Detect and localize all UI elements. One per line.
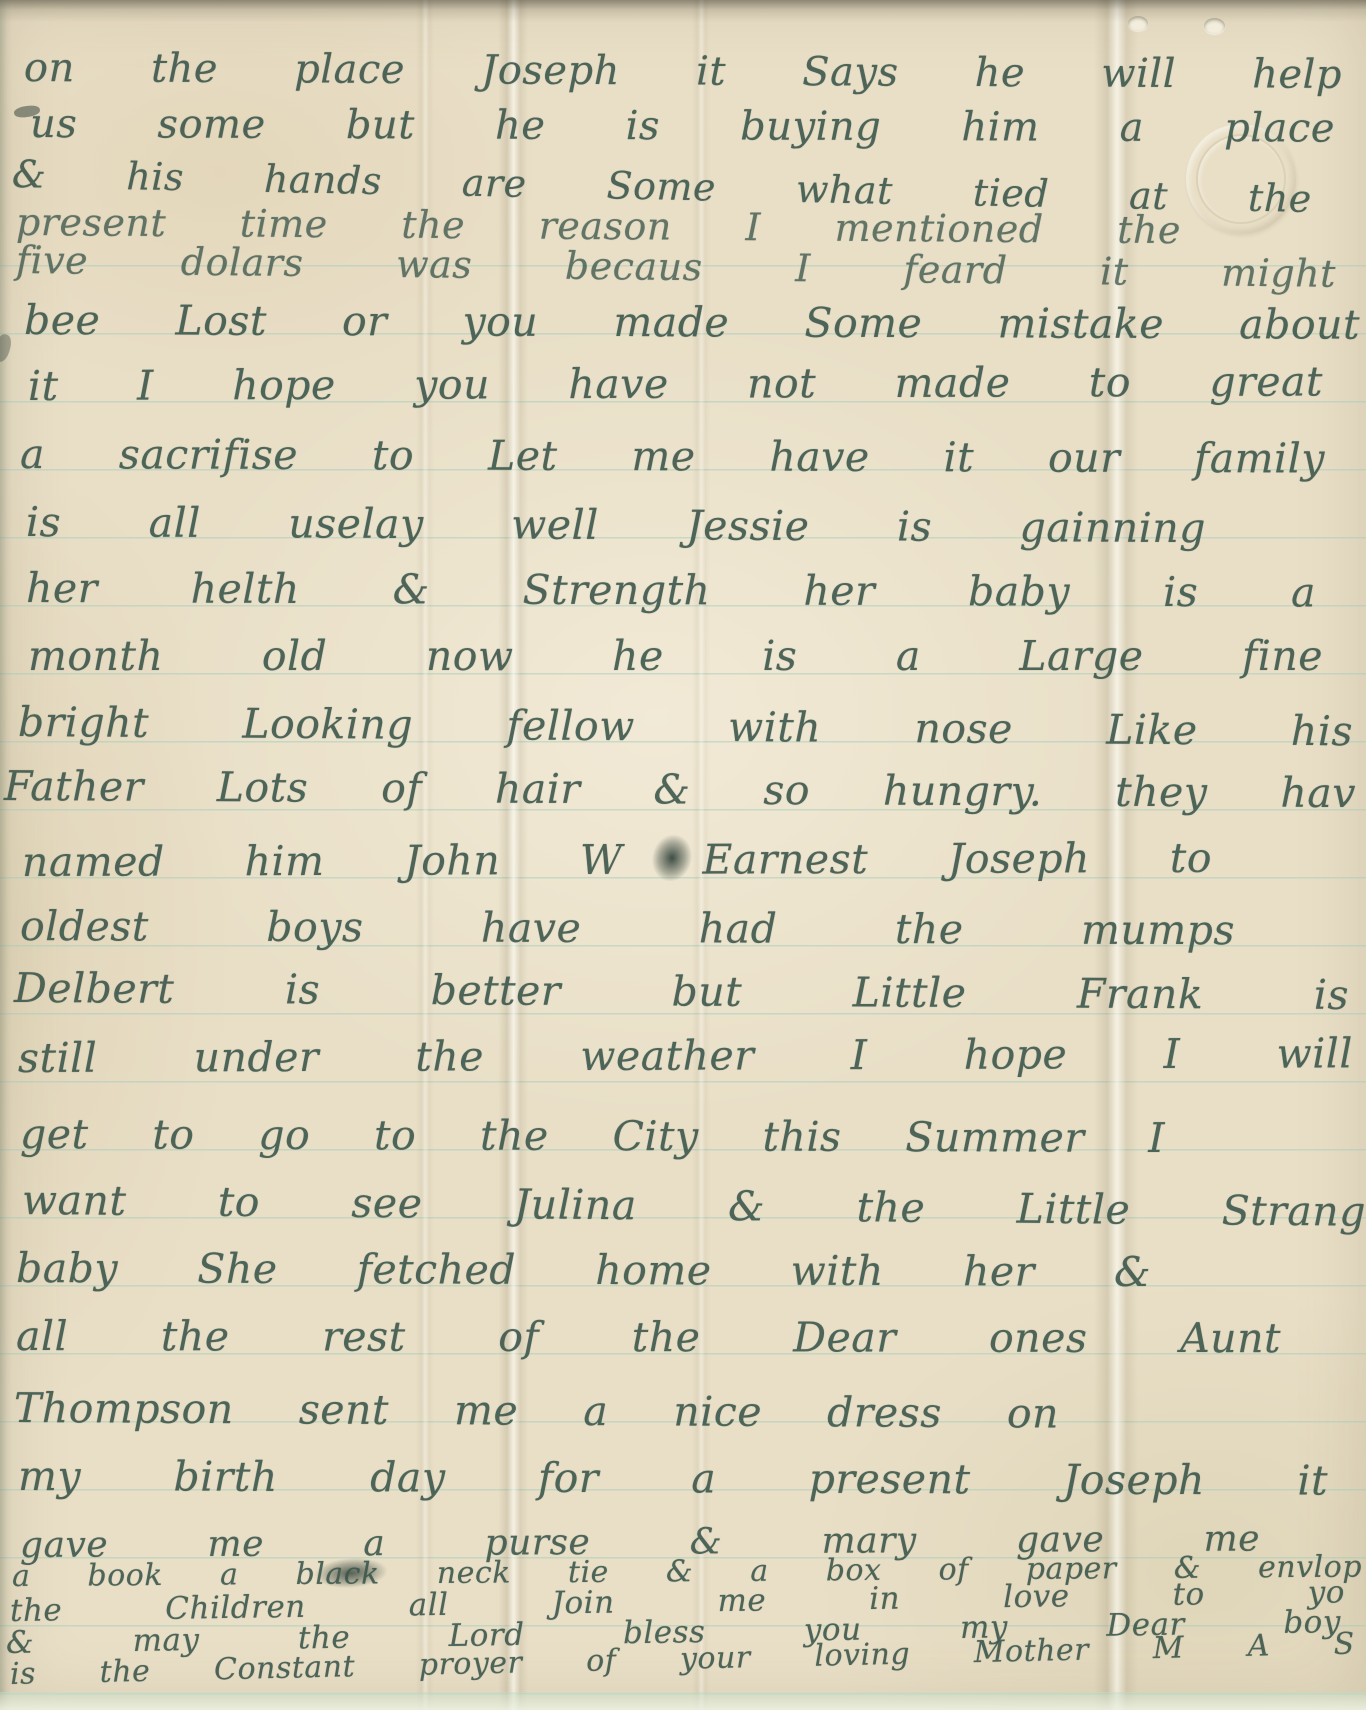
scan-top-shadow: [0, 0, 1366, 22]
letter-line: all the rest of the Dear ones Aunt: [16, 1314, 1281, 1361]
letter-line: named him John W Earnest Joseph to: [22, 836, 1212, 885]
letter-line: her helth & Strength her baby is a: [26, 566, 1316, 616]
letter-line: bright Looking fellow with nose Like his: [18, 700, 1353, 754]
scan-left-edge: [0, 0, 12, 1710]
letter-line: us some but he is buying him a place: [30, 102, 1335, 151]
letter-line: month old now he is a Large fine: [28, 634, 1323, 679]
letter-line: baby She fetched home with her &: [16, 1246, 1151, 1295]
letter-line: it I hope you have not made to great: [28, 359, 1323, 409]
scan-bottom-edge: [0, 1692, 1366, 1710]
punch-hole-right: [1204, 18, 1225, 34]
punch-hole-left: [1128, 16, 1148, 31]
letter-line: is all uselay well Jessie is gainning: [26, 500, 1206, 551]
letter-line: get to go to the City this Summer I: [20, 1112, 1165, 1161]
letter-line: a sacrifise to Let me have it our family: [20, 432, 1325, 482]
letter-line: still under the weather I hope I will: [18, 1031, 1353, 1081]
letter-line: Thompson sent me a nice dress on: [14, 1386, 1059, 1437]
letter-page: on the place Joseph it Says he will help…: [0, 0, 1366, 1710]
letter-line: Father Lots of hair & so hungry. they ha…: [4, 764, 1356, 816]
letter-line: oldest boys have had the mumps: [20, 904, 1235, 953]
letter-line: bee Lost or you made Some mistake about: [24, 298, 1360, 348]
letter-line: on the place Joseph it Says he will help: [24, 46, 1342, 97]
letter-line: my birth day for a present Joseph it: [18, 1454, 1328, 1504]
letter-line: Delbert is better but Little Frank is: [14, 966, 1349, 1018]
